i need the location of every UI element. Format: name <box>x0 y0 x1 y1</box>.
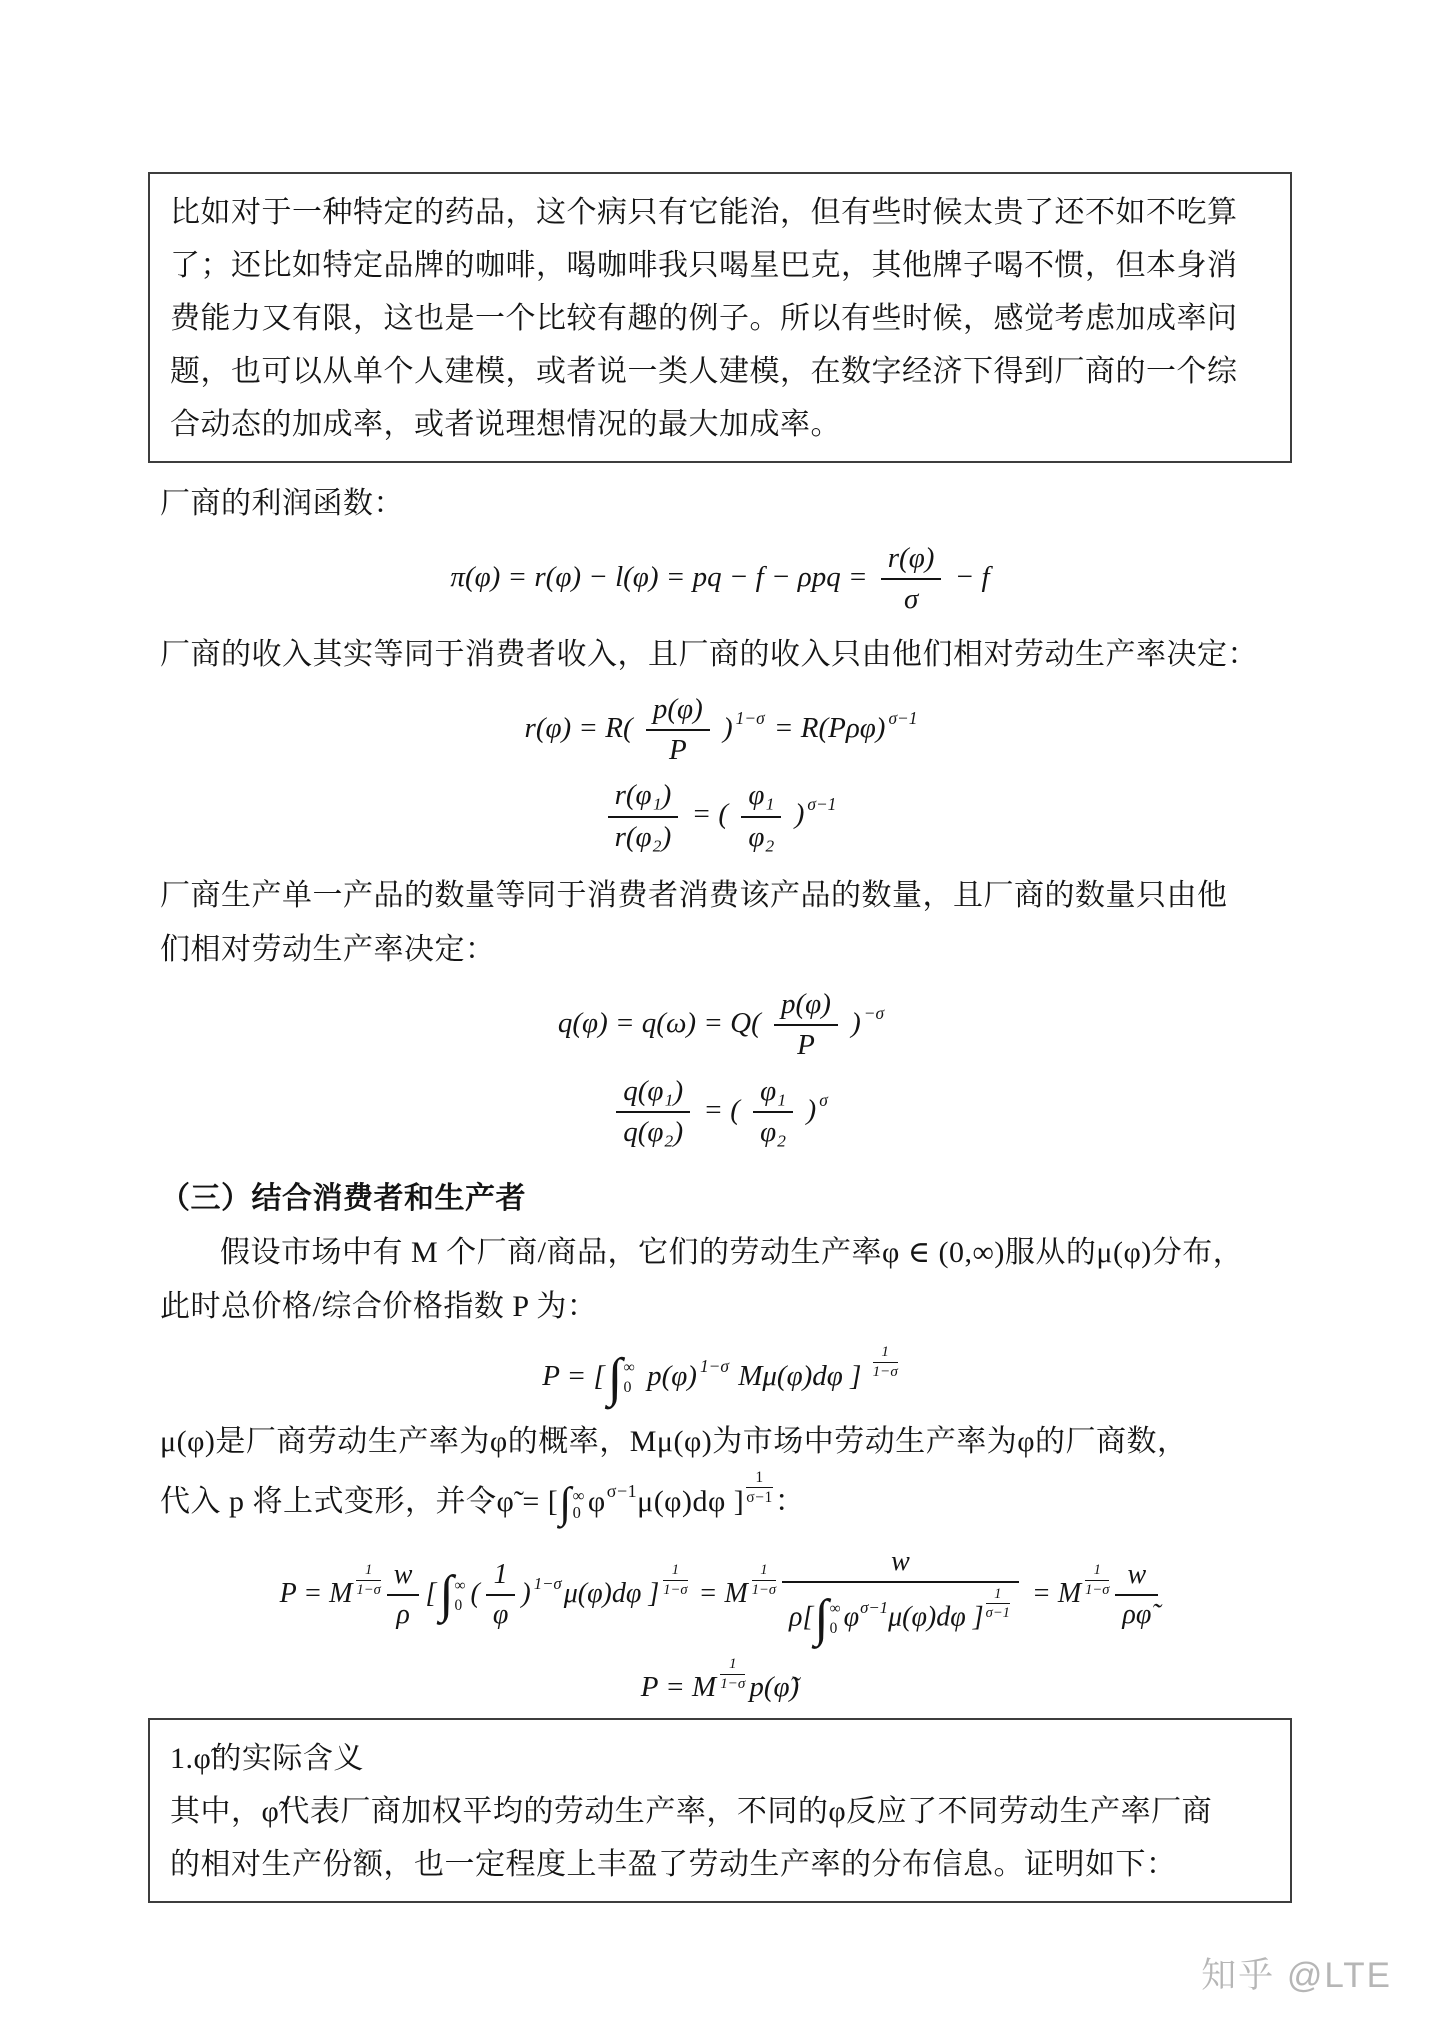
integral-bounds: ∞0 <box>623 1360 634 1397</box>
formula-revenue: r(φ) = R( p(φ)P )1−σ = R(Pρφ)σ−1 <box>148 692 1292 769</box>
fraction-denominator: φ <box>486 1596 516 1632</box>
fraction-numerator: r(φ₁) <box>608 778 679 817</box>
paragraph-substitution: 代入 p 将上式变形，并令φ̃ = [∫∞0φσ−1μ(φ)dφ ]1σ−1： <box>148 1469 1292 1529</box>
formula-text: ) <box>721 712 735 744</box>
note-line: 题，也可以从单个人建模，或者说一类人建模，在数字经济下得到厂商的一个综 <box>170 345 1270 398</box>
integral-lower-bound: 0 <box>455 1598 463 1613</box>
fraction: r(φ)σ <box>881 541 942 618</box>
exponent-denominator: 1−σ <box>752 1581 776 1598</box>
formula-text: ) <box>849 1007 863 1039</box>
fraction-numerator: p(φ) <box>774 987 838 1026</box>
exponent-fraction: 1σ−1 <box>986 1586 1010 1622</box>
fraction: 1φ <box>486 1558 516 1632</box>
exponent-fraction: 11−σ <box>752 1562 776 1598</box>
formula-text: [ <box>423 1578 438 1609</box>
fraction-denominator: φ₂ <box>753 1113 793 1150</box>
fraction-denominator: q(φ₂) <box>616 1113 690 1150</box>
formula-text: p(φ̃) <box>747 1671 801 1703</box>
formula-text: P = M <box>278 1578 355 1609</box>
exponent: −σ <box>863 1005 884 1022</box>
formula-text: ： <box>775 1485 806 1518</box>
exponent-numerator: 1 <box>720 1656 745 1675</box>
integral-bounds: ∞0 <box>830 1601 841 1636</box>
section-heading: （三）结合消费者和生产者 <box>148 1172 1292 1226</box>
fraction: wρφ̃ <box>1115 1558 1158 1632</box>
exponent-denominator: 1−σ <box>873 1363 898 1381</box>
note-line: 费能力又有限，这也是一个比较有趣的例子。所以有些时候，感觉考虑加成率问 <box>170 292 1270 345</box>
formula-text: p(φ) <box>645 1360 699 1392</box>
paragraph-market-line2: 此时总价格/综合价格指数 P 为： <box>148 1280 1292 1334</box>
exponent-numerator: 1 <box>873 1344 898 1363</box>
fraction-numerator: w <box>387 1558 420 1596</box>
fraction-large: wρ[∫∞0φσ−1μ(φ)dφ ]1σ−1 <box>782 1545 1019 1646</box>
exponent: 1−σ <box>533 1576 562 1593</box>
note-box-title: 1.φ̃的实际含义 <box>170 1732 1270 1785</box>
exponent: σ−1 <box>806 796 836 813</box>
formula-price-index-final: P = M11−σp(φ̃) <box>148 1656 1292 1704</box>
formula-text: r(φ) = R( <box>523 712 635 744</box>
fraction-denominator: P <box>774 1026 838 1063</box>
integral-upper-bound: ∞ <box>455 1578 466 1593</box>
integral-upper-bound: ∞ <box>830 1601 841 1616</box>
paragraph-quantity-line2: 们相对劳动生产率决定： <box>148 923 1292 977</box>
zhihu-watermark: 知乎 @LTE <box>1201 1948 1392 1998</box>
integral-sign: ∫ <box>558 1479 572 1527</box>
exponent-fraction: 11−σ <box>720 1656 745 1693</box>
formula-text: = M <box>1030 1578 1083 1609</box>
formula-text: ) <box>793 798 807 830</box>
exponent-denominator: σ−1 <box>986 1604 1010 1621</box>
exponent-numerator: 1 <box>1085 1562 1109 1580</box>
fraction-denominator: r(φ₂) <box>608 818 679 855</box>
note-box-top: 比如对于一种特定的药品，这个病只有它能治，但有些时候太贵了还不如不吃算 了；还比… <box>148 172 1292 463</box>
exponent-numerator: 1 <box>356 1562 380 1580</box>
formula-profit-function: π(φ) = r(φ) − l(φ) = pq − f − ρpq = r(φ)… <box>148 541 1292 618</box>
fraction-denominator: ρφ̃ <box>1115 1596 1158 1632</box>
exponent: σ−1 <box>606 1482 637 1500</box>
formula-text: μ(φ)dφ ] <box>637 1485 744 1518</box>
formula-text: P = M <box>639 1671 718 1703</box>
note-line: 比如对于一种特定的药品，这个病只有它能治，但有些时候太贵了还不如不吃算 <box>170 186 1270 239</box>
formula-text: π(φ) = r(φ) − l(φ) = pq − f − ρpq = <box>448 561 869 593</box>
exponent: 1−σ <box>699 1358 729 1375</box>
integral-bounds: ∞0 <box>573 1488 585 1519</box>
exponent-numerator: 1 <box>663 1562 687 1580</box>
formula-text: 代入 p 将上式变形，并令φ̃ = [ <box>160 1485 558 1518</box>
note-box-bottom: 1.φ̃的实际含义 其中，φ̃代表厂商加权平均的劳动生产率，不同的φ反应了不同劳… <box>148 1718 1292 1903</box>
formula-text: = ( <box>690 798 730 830</box>
paragraph-revenue: 厂商的收入其实等同于消费者收入，且厂商的收入只由他们相对劳动生产率决定： <box>148 628 1292 682</box>
exponent-denominator: 1−σ <box>356 1581 380 1598</box>
fraction: φ₁φ₂ <box>741 778 781 855</box>
exponent-fraction: 1σ−1 <box>746 1469 773 1507</box>
formula-text: μ(φ)dφ ] <box>562 1578 662 1609</box>
exponent-denominator: 1−σ <box>1085 1581 1109 1598</box>
formula-text: ( <box>469 1578 482 1609</box>
exponent: 1−σ <box>735 710 765 727</box>
fraction-numerator: 1 <box>486 1558 516 1596</box>
exponent-numerator: 1 <box>746 1469 773 1488</box>
integral-lower-bound: 0 <box>623 1380 631 1396</box>
paragraph-mu-definition: μ(φ)是厂商劳动生产率为φ的概率，Mμ(φ)为市场中劳动生产率为φ的厂商数， <box>148 1415 1292 1469</box>
note-line: 了；还比如特定品牌的咖啡，喝咖啡我只喝星巴克，其他牌子喝不惯，但本身消 <box>170 239 1270 292</box>
paragraph-quantity-line1: 厂商生产单一产品的数量等同于消费者消费该产品的数量，且厂商的数量只由他 <box>148 869 1292 923</box>
formula-text: φ <box>588 1485 606 1518</box>
fraction-numerator: w <box>782 1545 1019 1583</box>
integral-sign: ∫ <box>607 1347 624 1407</box>
fraction-denominator: P <box>646 731 710 768</box>
integral-upper-bound: ∞ <box>623 1360 634 1376</box>
integral-lower-bound: 0 <box>573 1505 582 1522</box>
fraction-denominator: ρ <box>387 1596 420 1632</box>
fraction: p(φ)P <box>646 692 710 769</box>
formula-text: = ( <box>701 1094 741 1126</box>
note-line: 其中，φ̃代表厂商加权平均的劳动生产率，不同的φ反应了不同劳动生产率厂商 <box>170 1785 1270 1838</box>
exponent: σ <box>818 1092 828 1109</box>
fraction-denominator: σ <box>881 580 942 617</box>
fraction-numerator: q(φ₁) <box>616 1074 690 1113</box>
exponent-fraction: 11−σ <box>1085 1562 1109 1598</box>
integral-bounds: ∞0 <box>455 1578 466 1613</box>
paragraph-profit-title: 厂商的利润函数： <box>148 477 1292 531</box>
fraction-numerator: φ₁ <box>753 1074 793 1113</box>
formula-quantity: q(φ) = q(ω) = Q( p(φ)P )−σ <box>148 987 1292 1064</box>
exponent-fraction: 11−σ <box>356 1562 380 1598</box>
exponent-numerator: 1 <box>752 1562 776 1580</box>
formula-text: μ(φ)dφ ] <box>888 1601 984 1632</box>
formula-text: φ <box>844 1601 860 1632</box>
formula-text: − f <box>953 561 992 593</box>
note-line: 的相对生产份额，也一定程度上丰盈了劳动生产率的分布信息。证明如下： <box>170 1838 1270 1891</box>
formula-price-index: P = [∫∞0 p(φ)1−σ Mμ(φ)dφ ] 11−σ <box>148 1344 1292 1404</box>
document-page: 比如对于一种特定的药品，这个病只有它能治，但有些时候太贵了还不如不吃算 了；还比… <box>0 0 1440 2037</box>
fraction-denominator: ρ[∫∞0φσ−1μ(φ)dφ ]1σ−1 <box>782 1583 1019 1646</box>
exponent-fraction: 11−σ <box>663 1562 687 1598</box>
formula-text: = M <box>697 1578 750 1609</box>
formula-text: P = [ <box>540 1360 607 1392</box>
formula-text: = R(Pρφ) <box>772 712 888 744</box>
formula-text: q(φ) = q(ω) = Q( <box>556 1007 763 1039</box>
note-line: 合动态的加成率，或者说理想情况的最大加成率。 <box>170 398 1270 451</box>
integral-lower-bound: 0 <box>830 1621 838 1636</box>
exponent-denominator: 1−σ <box>663 1581 687 1598</box>
exponent-numerator: 1 <box>986 1586 1010 1604</box>
fraction: φ₁φ₂ <box>753 1074 793 1151</box>
integral-sign: ∫ <box>438 1566 454 1623</box>
fraction: q(φ₁)q(φ₂) <box>616 1074 690 1151</box>
exponent-denominator: σ−1 <box>746 1488 773 1506</box>
formula-price-index-derivation: P = M11−σwρ[∫∞0(1φ)1−σμ(φ)dφ ]11−σ = M11… <box>148 1545 1292 1646</box>
fraction: r(φ₁)r(φ₂) <box>608 778 679 855</box>
exponent: σ−1 <box>887 710 917 727</box>
exponent: σ−1 <box>859 1600 888 1617</box>
formula-text: Mμ(φ)dφ ] <box>736 1360 863 1392</box>
formula-text: ) <box>805 1094 819 1126</box>
formula-text: ρ[ <box>789 1601 813 1632</box>
formula-text: ) <box>519 1578 532 1609</box>
fraction: p(φ)P <box>774 987 838 1064</box>
paragraph-market-line1: 假设市场中有 M 个厂商/商品，它们的劳动生产率φ ∈ (0,∞)服从的μ(φ)… <box>148 1226 1292 1280</box>
document-content: 比如对于一种特定的药品，这个病只有它能治，但有些时候太贵了还不如不吃算 了；还比… <box>148 172 1292 1903</box>
exponent-denominator: 1−σ <box>720 1675 745 1693</box>
fraction-numerator: w <box>1115 1558 1158 1596</box>
integral-sign: ∫ <box>813 1590 829 1647</box>
formula-quantity-ratio: q(φ₁)q(φ₂) = ( φ₁φ₂ )σ <box>148 1074 1292 1151</box>
fraction-numerator: φ₁ <box>741 778 781 817</box>
exponent-fraction: 11−σ <box>873 1344 898 1381</box>
fraction-numerator: p(φ) <box>646 692 710 731</box>
fraction: wρ <box>387 1558 420 1632</box>
fraction-numerator: r(φ) <box>881 541 942 580</box>
fraction-denominator: φ₂ <box>741 818 781 855</box>
formula-revenue-ratio: r(φ₁)r(φ₂) = ( φ₁φ₂ )σ−1 <box>148 778 1292 855</box>
